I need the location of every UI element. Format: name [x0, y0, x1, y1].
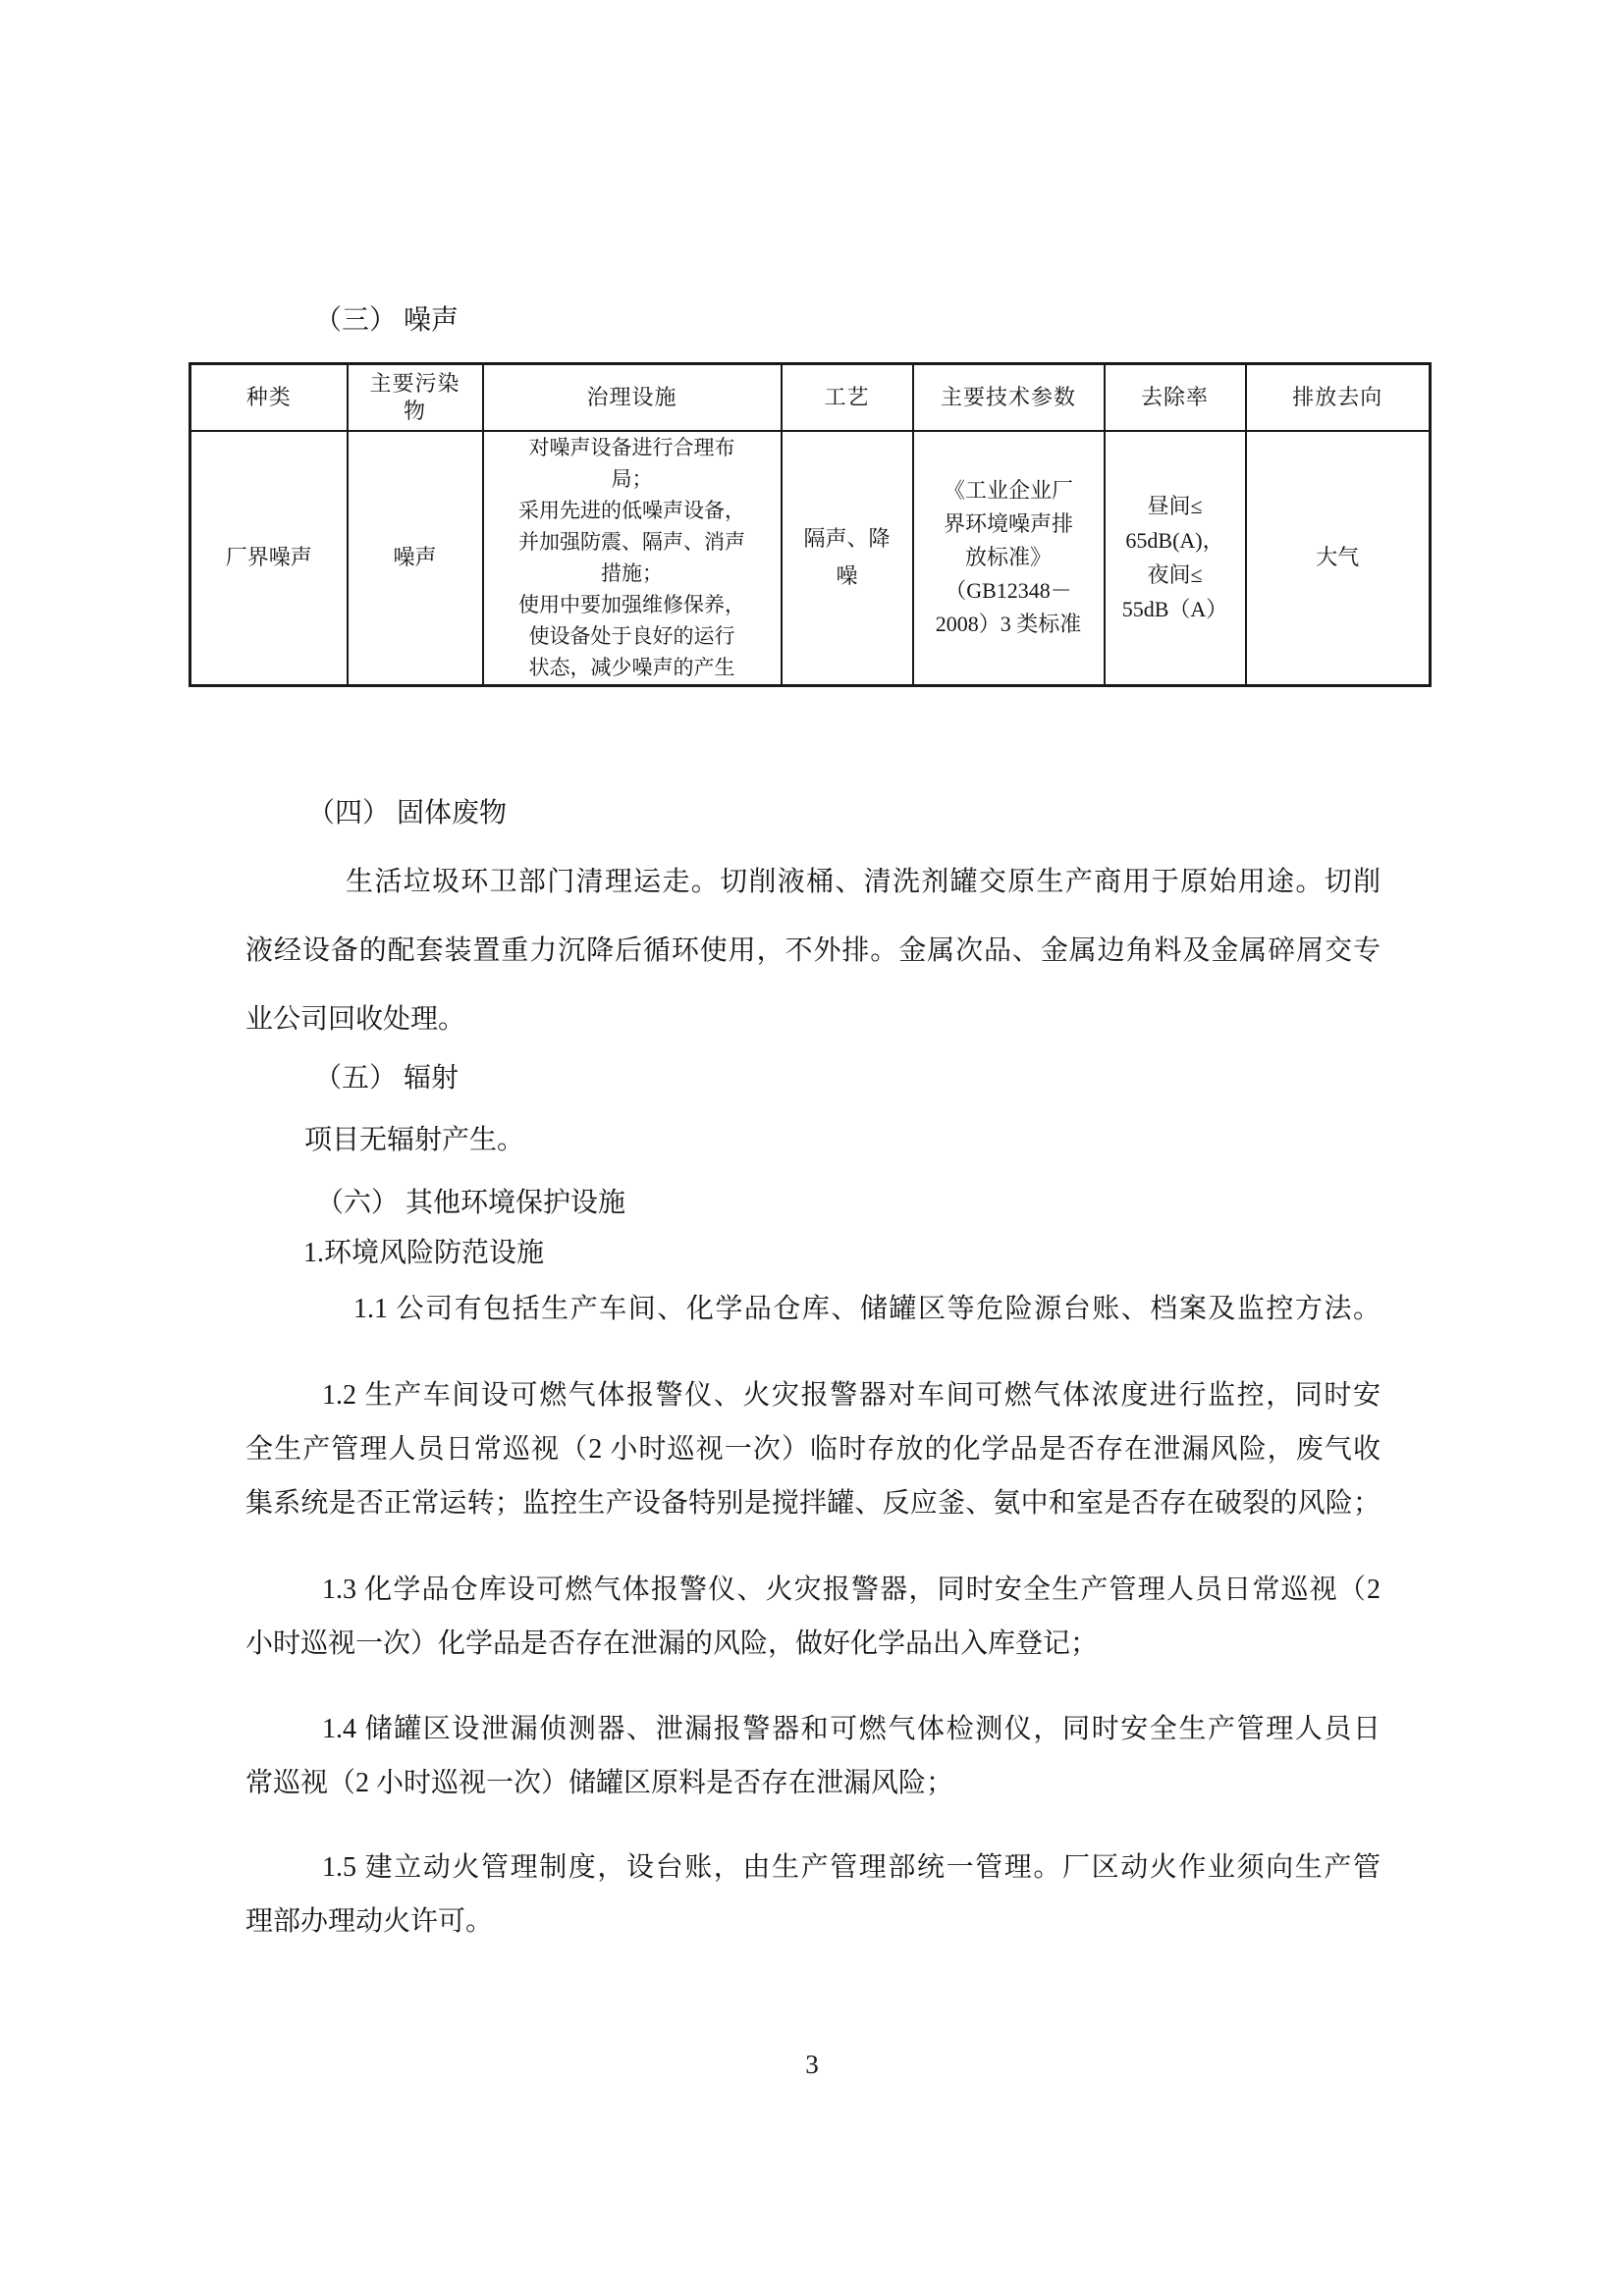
- col-header-category: 种类: [190, 364, 348, 431]
- solid-waste-paragraph-line: 业公司回收处理。: [245, 1002, 1380, 1038]
- cell-category: 厂界噪声: [190, 431, 348, 686]
- cell-removal-rate: 昼间≤ 65dB(A)， 夜间≤ 55dB（A）: [1105, 431, 1246, 686]
- noise-table-data-row: 厂界噪声 噪声 对噪声设备进行合理布 局； 采用先进的低噪声设备， 并加强防震、…: [190, 431, 1431, 686]
- item-1-5-line: 1.5 建立动火管理制度，设台账，由生产管理部统一管理。厂区动火作业须向生产管: [245, 1850, 1380, 1886]
- radiation-body-text: 项目无辐射产生。: [304, 1123, 524, 1158]
- cell-tech-params: 《工业企业厂 界环境噪声排 放标准》 （GB12348－ 2008）3 类标准: [913, 431, 1105, 686]
- page-number: 3: [0, 2048, 1624, 2081]
- item-1-4-line: 1.4 储罐区设泄漏侦测器、泄漏报警器和可燃气体检测仪，同时安全生产管理人员日: [245, 1712, 1380, 1747]
- cell-discharge-to: 大气: [1246, 431, 1431, 686]
- subsection-heading-risk-prevention: 1.环境风险防范设施: [303, 1236, 544, 1271]
- solid-waste-paragraph-line: 液经设备的配套装置重力沉降后循环使用，不外排。金属次品、金属边角料及金属碎屑交专: [245, 934, 1380, 969]
- col-header-treatment: 治理设施: [483, 364, 782, 431]
- section-heading-other-facilities: （六） 其他环境保护设施: [316, 1186, 625, 1221]
- noise-table-header-row: 种类 主要污染 物 治理设施 工艺 主要技术参数 去除率 排放去向: [190, 364, 1431, 431]
- col-header-removal-rate: 去除率: [1105, 364, 1246, 431]
- col-header-tech-params: 主要技术参数: [913, 364, 1105, 431]
- solid-waste-paragraph-line: 生活垃圾环卫部门清理运走。切削液桶、清洗剂罐交原生产商用于原始用途。切削: [245, 865, 1380, 900]
- item-1-2-line: 全生产管理人员日常巡视（2 小时巡视一次）临时存放的化学品是否存在泄漏风险，废气…: [245, 1432, 1380, 1468]
- section-heading-noise: （三） 噪声: [314, 303, 459, 339]
- item-1-3-line: 1.3 化学品仓库设可燃气体报警仪、火灾报警器，同时安全生产管理人员日常巡视（2: [245, 1573, 1380, 1608]
- item-1-4-line: 常巡视（2 小时巡视一次）储罐区原料是否存在泄漏风险；: [245, 1766, 1380, 1801]
- item-1-2-line: 1.2 生产车间设可燃气体报警仪、火灾报警器对车间可燃气体浓度进行监控，同时安: [245, 1378, 1380, 1414]
- col-header-discharge-to: 排放去向: [1246, 364, 1431, 431]
- noise-table: 种类 主要污染 物 治理设施 工艺 主要技术参数 去除率 排放去向 厂界噪声 噪…: [189, 362, 1432, 687]
- item-1-2-line: 集系统是否正常运转；监控生产设备特别是搅拌罐、反应釜、氨中和室是否存在破裂的风险…: [245, 1486, 1380, 1522]
- col-header-process: 工艺: [782, 364, 913, 431]
- item-1-5-line: 理部办理动火许可。: [245, 1904, 1380, 1940]
- col-header-pollutant: 主要污染 物: [348, 364, 483, 431]
- cell-treatment: 对噪声设备进行合理布 局； 采用先进的低噪声设备， 并加强防震、隔声、消声 措施…: [483, 431, 782, 686]
- item-1-1-line: 1.1 公司有包括生产车间、化学品仓库、储罐区等危险源台账、档案及监控方法。: [245, 1292, 1380, 1327]
- section-heading-solid-waste: （四） 固体废物: [307, 796, 507, 831]
- cell-process: 隔声、降 噪: [782, 431, 913, 686]
- document-page: （三） 噪声 种类 主要污染 物 治理设施 工艺 主要技术参数 去除率 排放去向…: [0, 0, 1624, 2296]
- cell-pollutant: 噪声: [348, 431, 483, 686]
- section-heading-radiation: （五） 辐射: [314, 1061, 459, 1096]
- item-1-3-line: 小时巡视一次）化学品是否存在泄漏的风险，做好化学品出入库登记；: [245, 1627, 1380, 1662]
